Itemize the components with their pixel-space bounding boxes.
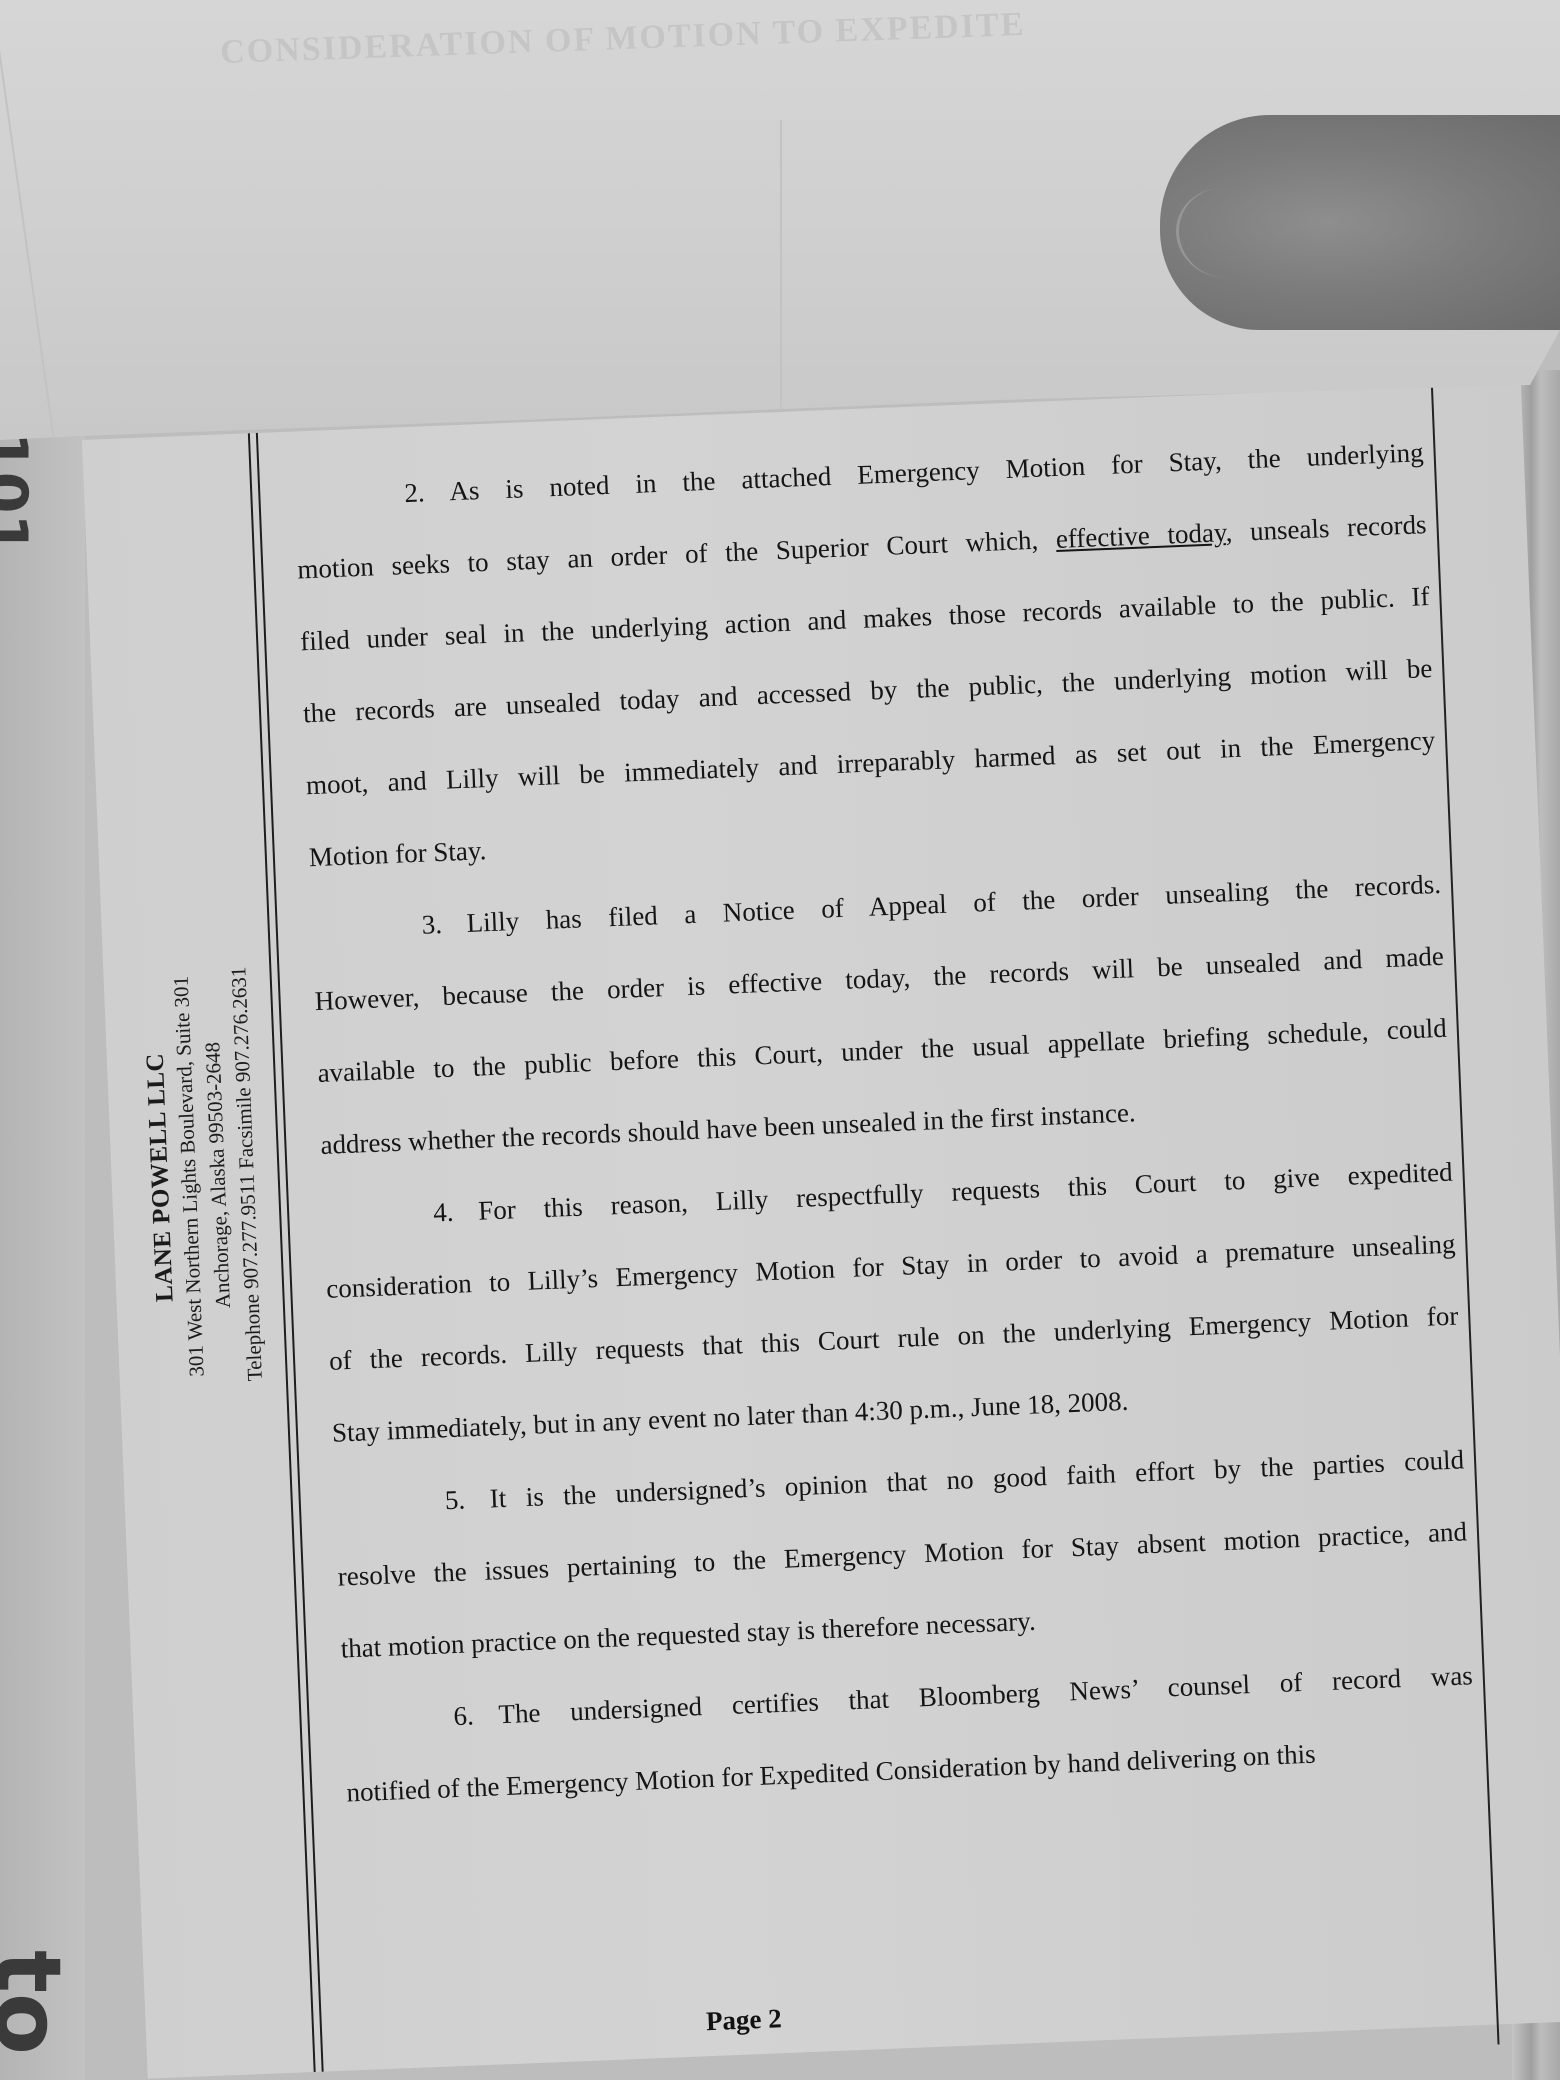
paragraph-number: 5. (443, 1463, 491, 1537)
show-through-heading: CONSIDERATION OF MOTION TO EXPEDITE (220, 6, 1026, 72)
margin-handwriting-bottom: to (0, 1950, 80, 2055)
paragraph-2: 2.As is noted in the attached Emergency … (293, 416, 1439, 893)
margin-handwriting-top: 101 (0, 430, 40, 555)
paragraph-number: 3. (420, 887, 468, 961)
thumbnail (1176, 188, 1274, 278)
paragraph-4: 4.For this reason, Lilly respectfully re… (322, 1136, 1463, 1469)
document-body: 2.As is noted in the attached Emergency … (293, 416, 1477, 1828)
underlined-phrase: effective today (1055, 517, 1226, 554)
paragraph-number: 6. (452, 1678, 500, 1752)
text-segment: address whether the records should have … (320, 1097, 1136, 1160)
text-segment: , unseals records (1225, 509, 1427, 547)
page-number: Page 2 (705, 2003, 782, 2037)
text-segment: motion seeks to stay an order of the Sup… (297, 524, 1057, 584)
binder-strip: 101 to (0, 430, 85, 2080)
firm-letterhead-sidebar: LANE POWELL LLC 301 West Northern Lights… (135, 914, 272, 1438)
text-segment: Motion for Stay. (308, 835, 487, 872)
paragraph-3: 3.Lilly has filed a Notice of Appeal of … (310, 848, 1451, 1181)
paragraph-number: 2. (403, 455, 451, 529)
paragraph-number: 4. (432, 1175, 480, 1249)
text-segment: Stay immediately, but in any event no la… (331, 1386, 1128, 1448)
document-page: LANE POWELL LLC 301 West Northern Lights… (82, 382, 1560, 2078)
text-segment: that motion practice on the requested st… (340, 1606, 1036, 1664)
